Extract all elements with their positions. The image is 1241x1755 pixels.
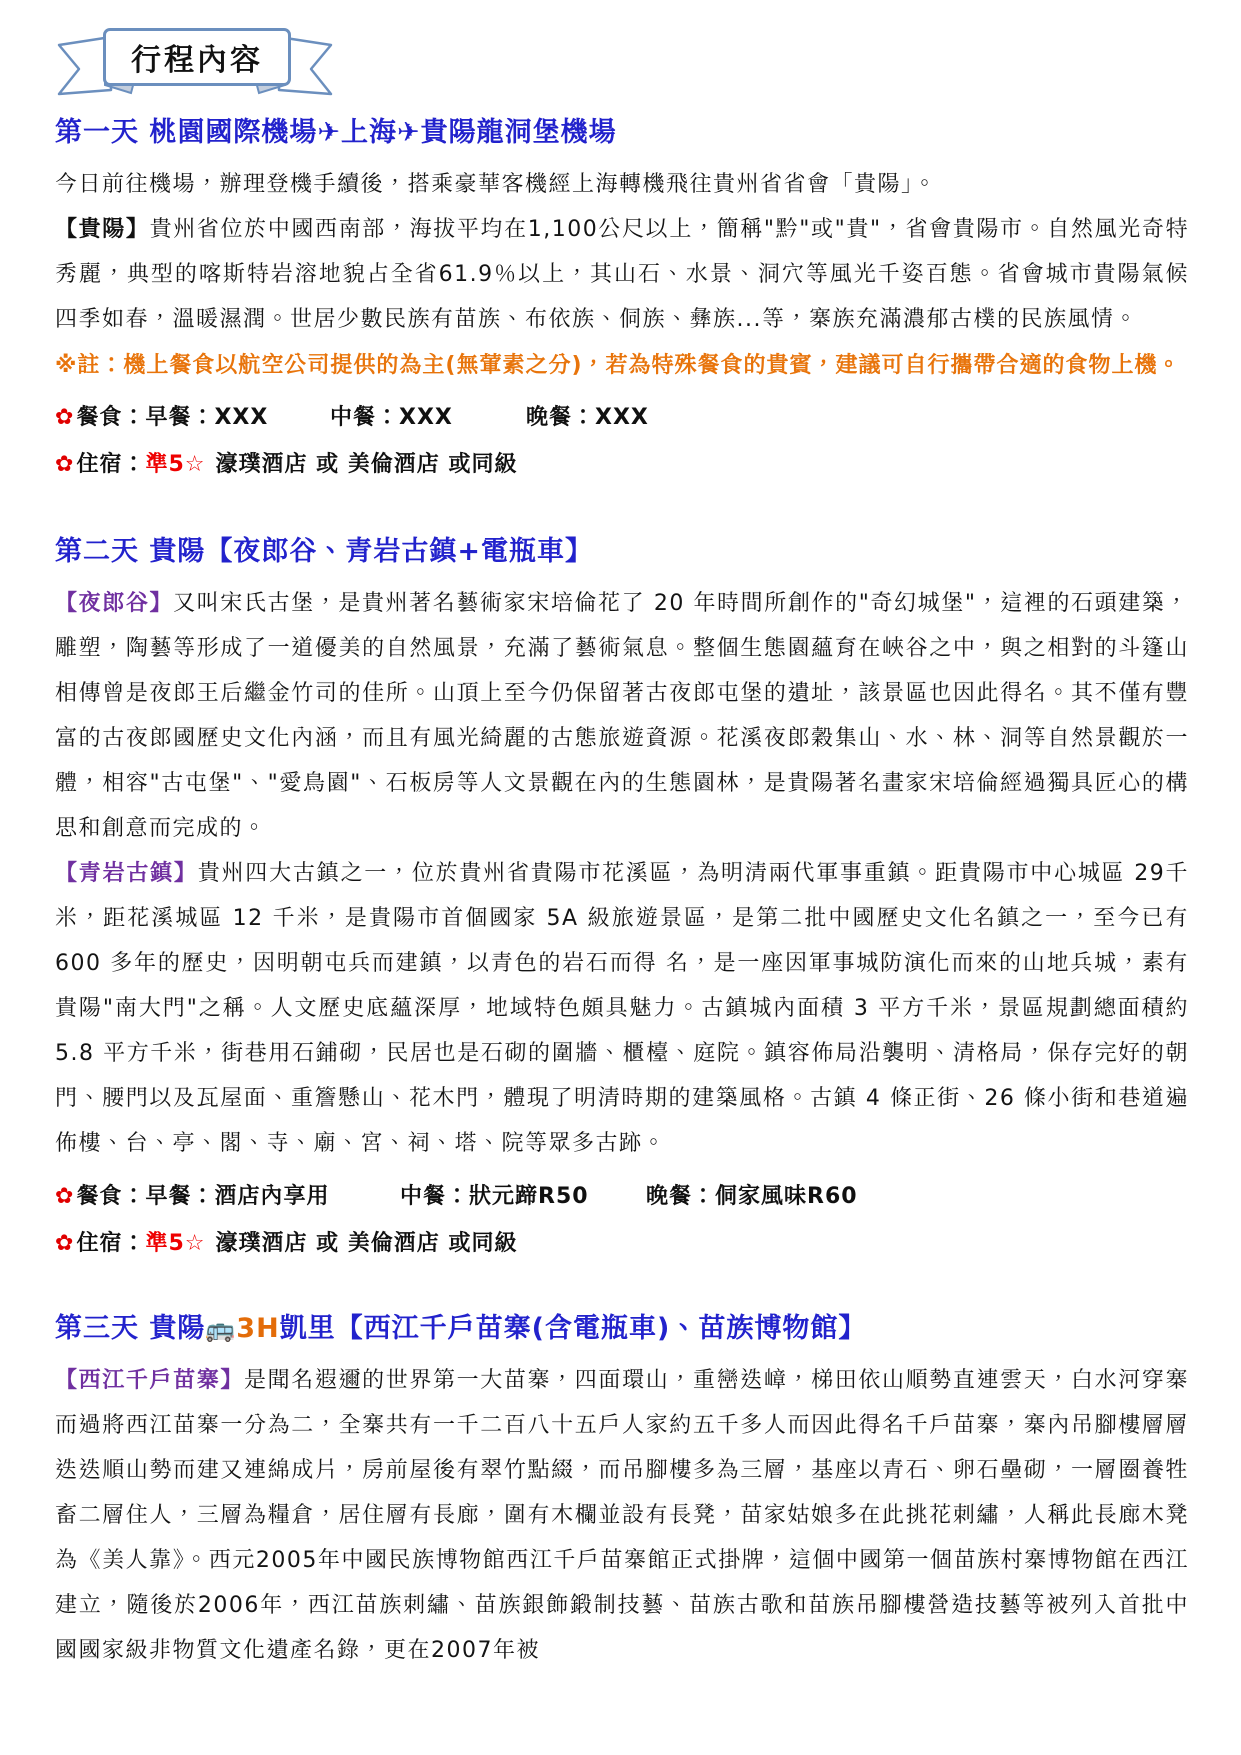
flower-icon: ✿	[55, 1184, 74, 1209]
qingyan-text: 貴州四大古鎮之一，位於貴州省貴陽市花溪區，為明清兩代軍事重鎮。距貴陽市中心城區 …	[55, 861, 1189, 1156]
day1-meals-breakfast: ✿餐食：早餐：XXX	[55, 395, 330, 440]
hotel-names: 濠璞酒店 或 美倫酒店 或同級	[215, 1221, 517, 1266]
breakfast-value: 早餐：酒店內享用	[145, 1184, 329, 1209]
hotel-names: 濠璞酒店 或 美倫酒店 或同級	[215, 442, 517, 487]
hotel-prefix: 住宿：	[76, 442, 145, 487]
hotel-grade: 準5☆	[145, 1221, 205, 1266]
day1-meals-dinner: 晚餐：XXX	[526, 395, 649, 440]
day2-meals: ✿餐食：早餐：酒店內享用 中餐：狀元蹄R50 晚餐：侗家風味R60	[55, 1174, 1189, 1219]
meals-prefix: 餐食：	[76, 1184, 145, 1209]
day2-yelanggu-paragraph: 【夜郎谷】又叫宋氏古堡，是貴州著名藝術家宋培倫花了 20 年時間所創作的"奇幻城…	[55, 581, 1189, 851]
guiyang-text: 貴州省位於中國西南部，海拔平均在1,100公尺以上，簡稱"黔"或"貴"，省會貴陽…	[55, 217, 1189, 332]
day2-hotel: ✿ 住宿： 準5☆ 濠璞酒店 或 美倫酒店 或同級	[55, 1221, 1189, 1266]
day2-meals-dinner: 晚餐：侗家風味R60	[646, 1174, 858, 1219]
day3-heading-pre: 第三天 貴陽	[55, 1313, 205, 1344]
yelanggu-text: 又叫宋氏古堡，是貴州著名藝術家宋培倫花了 20 年時間所創作的"奇幻城堡"，這裡…	[55, 591, 1189, 841]
day2-meals-lunch: 中餐：狀元蹄R50	[400, 1174, 646, 1219]
day3-bus-duration: 3H	[236, 1313, 279, 1344]
bus-icon: 🚌	[205, 1315, 236, 1343]
day3-heading-post: 凱里【西江千戶苗寨(含電瓶車)、苗族博物館】	[280, 1313, 867, 1344]
day1-hotel: ✿ 住宿： 準5☆ 濠璞酒店 或 美倫酒店 或同級	[55, 442, 1189, 487]
itinerary-banner: 行程內容	[55, 28, 335, 102]
day2-heading: 第二天 貴陽【夜郎谷、青岩古鎮+電瓶車】	[55, 533, 1189, 571]
xijiang-label: 【西江千戶苗寨】	[55, 1368, 244, 1393]
flower-icon: ✿	[55, 442, 74, 487]
flower-icon: ✿	[55, 405, 74, 430]
yelanggu-label: 【夜郎谷】	[55, 591, 173, 616]
day2-qingyan-paragraph: 【青岩古鎮】貴州四大古鎮之一，位於貴州省貴陽市花溪區，為明清兩代軍事重鎮。距貴陽…	[55, 851, 1189, 1166]
qingyan-label: 【青岩古鎮】	[55, 861, 198, 886]
banner-title-box: 行程內容	[103, 28, 291, 86]
meals-prefix: 餐食：	[76, 405, 145, 430]
day1-meal-note: ※註：機上餐食以航空公司提供的為主(無葷素之分)，若為特殊餐食的貴賓，建議可自行…	[55, 344, 1189, 387]
day1-meals: ✿餐食：早餐：XXX 中餐：XXX 晚餐：XXX	[55, 395, 1189, 440]
hotel-prefix: 住宿：	[76, 1221, 145, 1266]
day1-heading: 第一天 桃園國際機場✈上海✈貴陽龍洞堡機場	[55, 114, 1189, 152]
xijiang-text: 是聞名遐邇的世界第一大苗寨，四面環山，重巒迭嶂，梯田依山順勢直連雲天，白水河穿寨…	[55, 1368, 1189, 1663]
itinerary-page: 行程內容 第一天 桃園國際機場✈上海✈貴陽龍洞堡機場 今日前往機場，辦理登機手續…	[0, 0, 1241, 1673]
day1-guiyang-paragraph: 【貴陽】貴州省位於中國西南部，海拔平均在1,100公尺以上，簡稱"黔"或"貴"，…	[55, 207, 1189, 342]
day1-intro: 今日前往機場，辦理登機手續後，搭乘豪華客機經上海轉機飛往貴州省省會「貴陽」。	[55, 162, 1189, 207]
hotel-grade: 準5☆	[145, 442, 205, 487]
day2-meals-breakfast: ✿餐食：早餐：酒店內享用	[55, 1174, 400, 1219]
banner-title: 行程內容	[131, 35, 263, 79]
guiyang-label: 【貴陽】	[55, 217, 150, 242]
flower-icon: ✿	[55, 1221, 74, 1266]
day1-meals-lunch: 中餐：XXX	[330, 395, 526, 440]
day3-xijiang-paragraph: 【西江千戶苗寨】是聞名遐邇的世界第一大苗寨，四面環山，重巒迭嶂，梯田依山順勢直連…	[55, 1358, 1189, 1673]
breakfast-value: 早餐：XXX	[145, 405, 268, 430]
day3-heading: 第三天 貴陽🚌3H凱里【西江千戶苗寨(含電瓶車)、苗族博物館】	[55, 1310, 1189, 1348]
